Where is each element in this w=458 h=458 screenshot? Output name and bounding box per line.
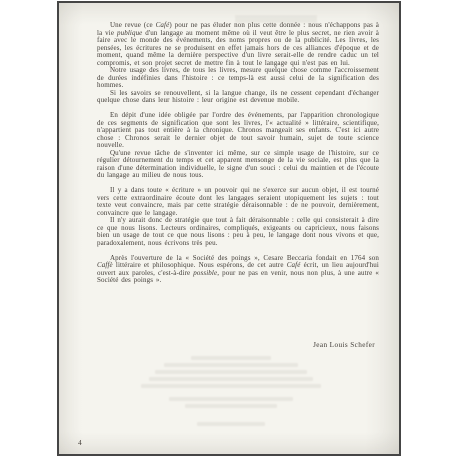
scanned-book-spread: Une revue (ce Café) pour ne pas éluder n… (0, 0, 458, 458)
bleed-through-text (191, 356, 271, 360)
page-number: 4 (78, 438, 82, 447)
bleed-through-text (155, 370, 307, 374)
bleed-through-text (169, 397, 293, 401)
paragraph: Il n'y aurait donc de stratégie que tout… (97, 217, 379, 247)
text-run: Qu'une revue tâche de s'inventer ici mêm… (97, 149, 379, 180)
italic-run: possible (193, 269, 217, 277)
text-run: Il y a dans toute « écriture » un pouvoi… (97, 186, 379, 217)
text-run: Notre usage des livres, de tous les livr… (97, 66, 379, 89)
paragraph: Après l'ouverture de la « Société des po… (97, 255, 379, 285)
paragraph: Une revue (ce Café) pour ne pas éluder n… (97, 22, 379, 67)
text-run: Si les savoirs se renouvellent, si la la… (97, 89, 379, 105)
text-run: En dépit d'une idée obligée par l'ordre … (97, 111, 379, 149)
document-page: Une revue (ce Café) pour ne pas éluder n… (57, 1, 401, 456)
bleed-through-text (149, 377, 313, 381)
paragraph: Si les savoirs se renouvellent, si la la… (97, 90, 379, 105)
bleed-through-text (164, 363, 298, 367)
bleed-through-text (141, 384, 321, 388)
bleed-through-text (185, 404, 277, 408)
paragraph: Il y a dans toute « écriture » un pouvoi… (97, 187, 379, 217)
paragraph: Qu'une revue tâche de s'inventer ici mêm… (97, 150, 379, 180)
author-signature: Jean Louis Schefer (313, 341, 375, 349)
body-text: Une revue (ce Café) pour ne pas éluder n… (97, 22, 379, 285)
paragraph: En dépit d'une idée obligée par l'ordre … (97, 112, 379, 150)
bleed-through-text (197, 422, 265, 426)
paragraph: Notre usage des livres, de tous les livr… (97, 67, 379, 90)
text-run: Il n'y aurait donc de stratégie que tout… (97, 216, 379, 247)
